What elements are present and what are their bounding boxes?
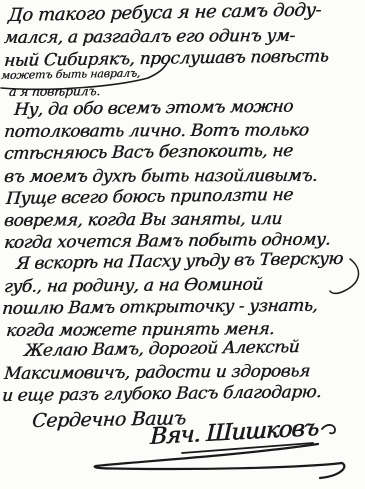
letter-line-9: вовремя, когда Вы заняты, или <box>3 209 283 231</box>
letter-line-4: Ну, да обо всемъ этомъ можно <box>13 97 293 120</box>
letter-line-1: До такого ребуса я не самъ доду- <box>7 0 322 26</box>
letter-line-11: Я вскорѣ на Пасху уѣду въ Тверскую <box>15 249 343 274</box>
letter-line-17: и еще разъ глубоко Васъ благодарю. <box>1 382 322 406</box>
letter-line-8: Пуще всего боюсь приползти не <box>5 185 293 209</box>
signature-loop-flourish <box>95 444 345 478</box>
letter-line-7: въ моемъ духѣ быть назойливымъ. <box>3 166 318 187</box>
letter-line-5: потолковать лично. Вотъ только <box>3 120 309 142</box>
letter-line-13: пошлю Вамъ открыточку - узнать, <box>1 296 318 319</box>
letter-line-16: Максимовичъ, радости и здоровья <box>3 361 310 384</box>
letter-line-12: губ., на родину, а на Ѳоминой <box>3 275 263 297</box>
letter-line-6: стѣсняюсь Васъ безпокоить, не <box>3 141 293 164</box>
letter-page: До такого ребуса я не самъ доду- мался, … <box>0 0 365 489</box>
letter-line-2: мался, а разгадалъ его одинъ ум- <box>3 26 295 48</box>
signature-curl-stroke <box>322 425 335 433</box>
insertion-line-1: можетъ быть навралъ, <box>1 67 141 82</box>
insertion-line-2: а я повѣрилъ. <box>8 83 100 99</box>
letter-line-15: Желаю Вамъ, дорогой Алексѣй <box>23 337 300 361</box>
